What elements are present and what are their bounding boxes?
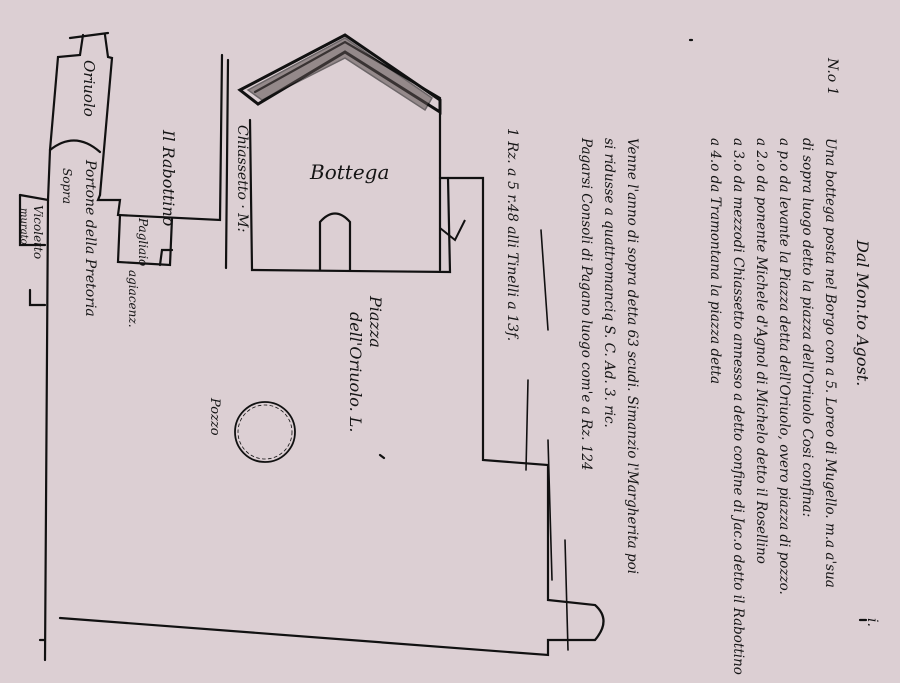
text-line: di sopra luogo detto la piazza dell'Oriu… bbox=[799, 138, 815, 517]
text-line: Una bottega posta nel Borgo con a 5. Lor… bbox=[822, 138, 838, 588]
label-pozzo: Pozzo bbox=[207, 398, 222, 436]
text-heading: Dal Mon.to Agost. bbox=[853, 240, 872, 386]
label-vicoletto-sub: murato bbox=[18, 208, 29, 245]
pozzo-well bbox=[235, 402, 295, 462]
text-line: Venne l'anno di sopra detta 63 scudi. Si… bbox=[624, 138, 640, 574]
text-line: si ridusse a quattromanciq S. C. Ad. 3. … bbox=[601, 138, 617, 428]
label-vicoletto: Vicoletto bbox=[31, 205, 45, 259]
text-line: a 3.o da mezzodi Chiassetto annesso a de… bbox=[730, 138, 746, 675]
text-line: 1 Rz. a 5 r.48 alli Tinelli a 13f. bbox=[504, 128, 520, 341]
bottega-roof-tiles bbox=[240, 35, 440, 112]
label-rabottino: Il Rabottino bbox=[159, 130, 178, 226]
label-portone-sub: Sopra bbox=[60, 168, 74, 204]
folio-number: N.o 1 bbox=[824, 58, 840, 96]
label-piazza: Piazza bbox=[366, 296, 385, 348]
text-line: a p.o da levante la Piazza detta dell'Or… bbox=[776, 138, 792, 595]
label-pagliaio: Pagliaio bbox=[136, 218, 150, 266]
label-oriuolo-tower: Oriuolo bbox=[80, 60, 98, 117]
text-line: a 2.o da ponente Michele d'Agnol di Mich… bbox=[753, 138, 769, 564]
label-agiacenz: agiacenz. bbox=[126, 270, 140, 328]
label-piazza-sub: dell'Oriuolo. L. bbox=[346, 312, 365, 433]
corner-mark: i. bbox=[864, 618, 880, 627]
text-line: Pagarsi Consoli di Pagano luogo com'e a … bbox=[578, 138, 594, 471]
label-chiassetto: Chiassetto · M: bbox=[234, 125, 250, 232]
label-bottega: Bottega bbox=[310, 160, 389, 184]
label-portone: Portone della Pretoria bbox=[82, 160, 98, 317]
text-line: a 4.o da Tramontana la piazza detta bbox=[707, 138, 723, 384]
